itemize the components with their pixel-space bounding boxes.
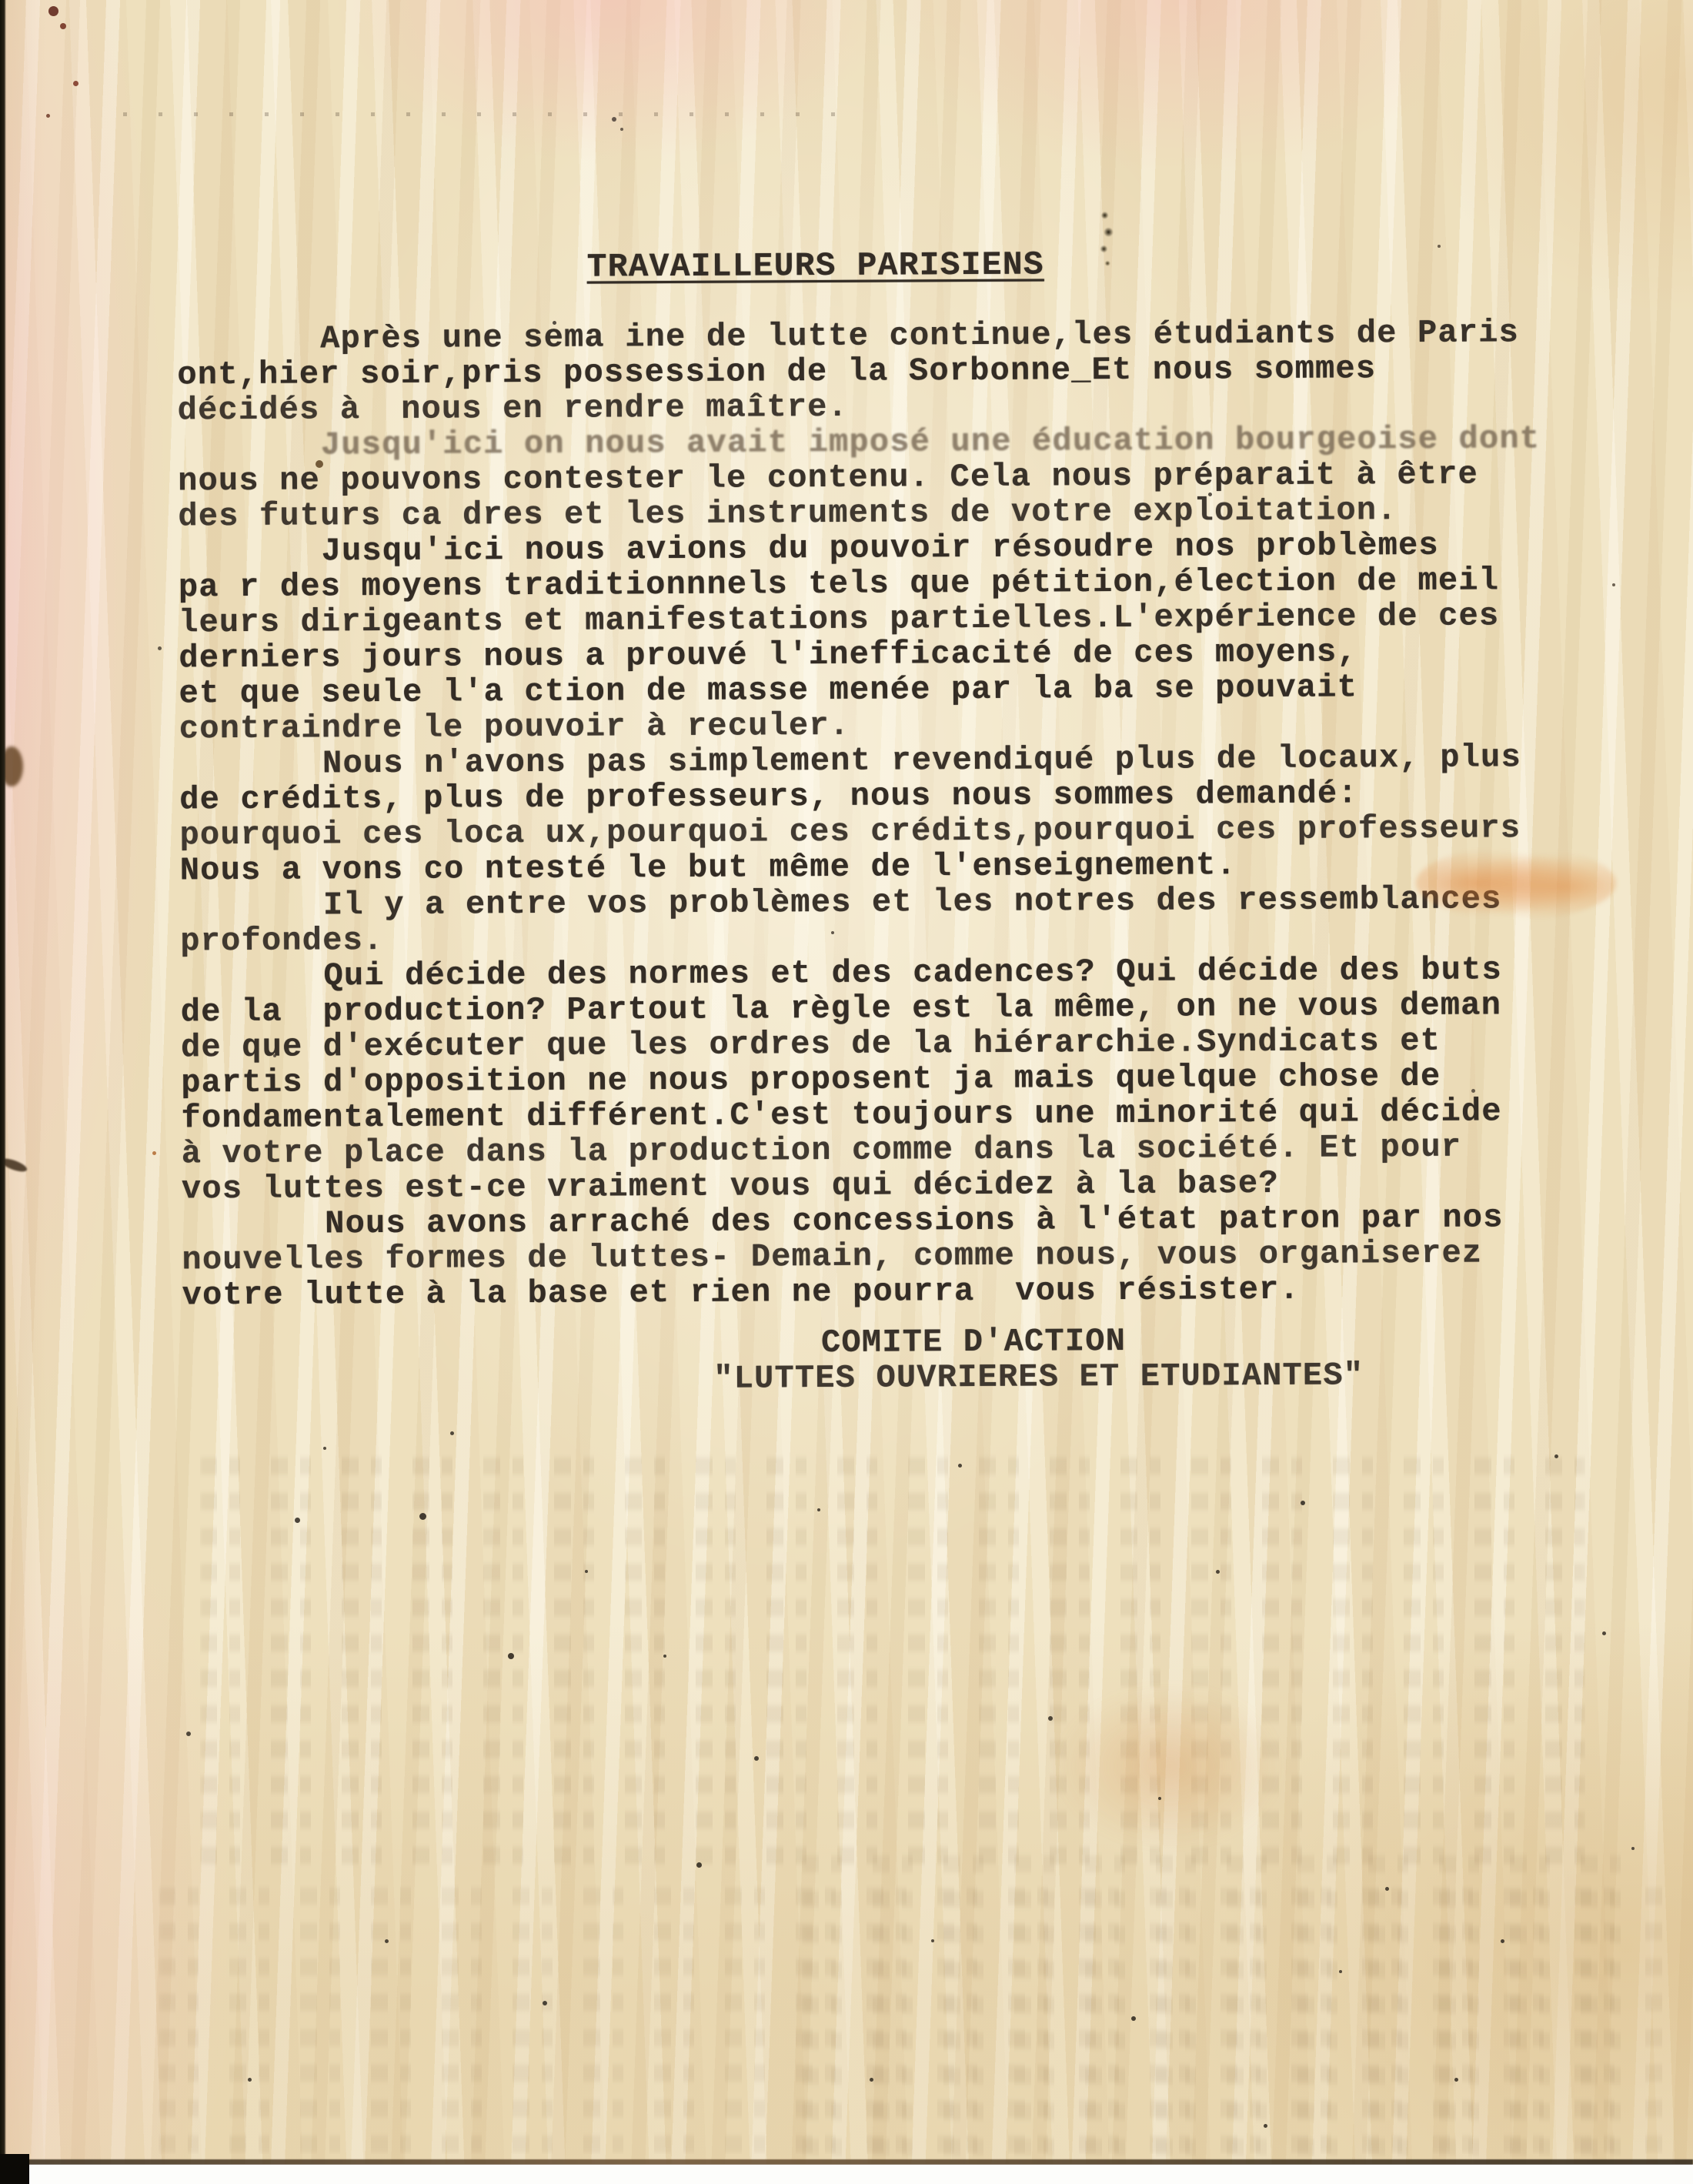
ink-speck <box>663 1655 666 1658</box>
ink-squiggle <box>1097 209 1116 269</box>
ink-speck <box>1131 2016 1136 2021</box>
ink-speck <box>450 1431 454 1435</box>
ink-speck <box>385 1939 389 1943</box>
ink-speck <box>1554 1454 1558 1458</box>
ink-speck <box>1438 245 1441 248</box>
ink-speck <box>870 2078 873 2082</box>
scan-edge-left <box>0 0 6 2184</box>
ink-speck <box>1264 2124 1267 2128</box>
ink-speck <box>831 931 834 934</box>
document-title: TRAVAILLEURS PARISIENS <box>177 245 1531 286</box>
ink-speck <box>1339 1970 1342 1973</box>
ink-speck <box>1158 1797 1161 1800</box>
scanner-background <box>0 2165 1693 2184</box>
ink-speck <box>316 460 323 468</box>
ink-speck <box>931 1939 934 1942</box>
paper-bottom-edge <box>0 2159 1693 2165</box>
ink-speck <box>1471 1089 1475 1093</box>
ink-speck <box>553 321 556 325</box>
bleed-through-text <box>802 1845 1633 2168</box>
ink-speck <box>612 117 616 122</box>
brown-stain <box>1047 1678 1293 1855</box>
text-line: nouvelles formes de luttes- Demain, comm… <box>182 1234 1693 1277</box>
scanned-document-page: { "colors": { "ink": "#332c25", "paper":… <box>0 0 1693 2184</box>
ink-speck <box>1385 1887 1389 1891</box>
ink-speck <box>508 1653 514 1659</box>
ink-speck <box>1631 1847 1635 1850</box>
ink-speck <box>419 1513 426 1520</box>
ink-speck <box>1216 1570 1220 1574</box>
ink-speck <box>73 81 78 86</box>
ink-speck <box>323 1447 326 1450</box>
ink-speck <box>46 114 50 118</box>
ink-speck <box>620 128 623 131</box>
ink-speck <box>273 1054 276 1057</box>
ink-speck <box>1612 583 1615 586</box>
orange-stain <box>1416 847 1616 920</box>
text-line: pourquoi ces loca ux,pourquoi ces crédit… <box>179 810 1693 853</box>
ink-speck <box>543 2001 547 2005</box>
text-line: Après une sema ine de lutte continue,les… <box>177 314 1693 357</box>
ink-speck <box>152 1151 156 1155</box>
ink-speck <box>754 1756 759 1761</box>
ink-speck <box>585 1570 588 1573</box>
ink-speck <box>1454 2078 1458 2082</box>
typewritten-text-layer: TRAVAILLEURS PARISIENS Après une sema in… <box>0 0 1693 1401</box>
ink-speck <box>248 2078 252 2082</box>
ink-speck <box>1301 1501 1305 1505</box>
ink-speck <box>186 1732 191 1736</box>
ink-speck <box>158 646 162 650</box>
ink-speck <box>60 23 66 29</box>
ink-speck <box>1048 1716 1053 1721</box>
ink-speck <box>1501 1939 1504 1943</box>
ink-speck <box>958 1464 962 1468</box>
text-line: Nous n'avons pas simplement revendiqué p… <box>179 739 1693 782</box>
ink-speck <box>295 1518 300 1523</box>
ink-speck <box>817 1508 820 1511</box>
bleed-through-text <box>200 1447 1585 1878</box>
text-line: leurs dirigeants et manifestations parti… <box>179 597 1693 640</box>
ink-speck <box>1602 1631 1606 1635</box>
ink-speck <box>1208 493 1212 496</box>
scan-corner <box>0 2154 29 2184</box>
ink-speck <box>48 6 58 16</box>
ink-speck <box>696 1862 702 1868</box>
